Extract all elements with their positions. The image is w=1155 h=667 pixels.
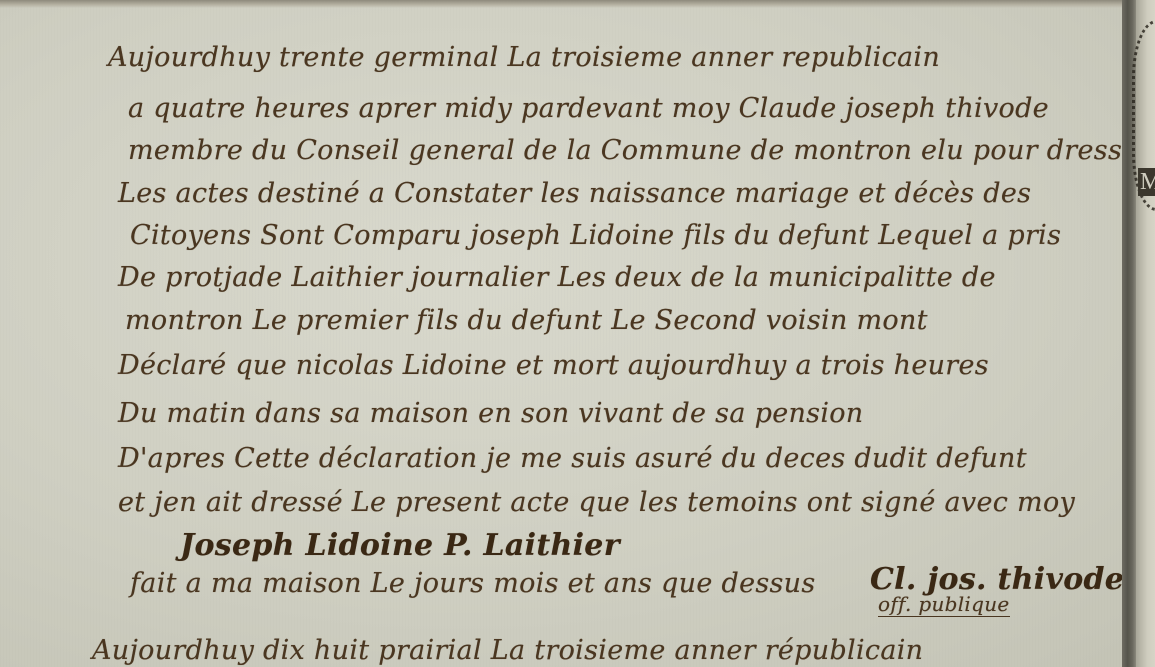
record-line-5: Citoyens Sont Comparu joseph Lidoine fil… xyxy=(130,220,1061,251)
record-line-9: Du matin dans sa maison en son vivant de… xyxy=(118,398,864,429)
officer-title: off. publique xyxy=(878,592,1010,617)
record-line-6: De protjade Laithier journalier Les deux… xyxy=(118,262,996,293)
record-line-10: D'apres Cette déclaration je me suis asu… xyxy=(118,443,1027,474)
record-line-1: Aujourdhuy trente germinal La troisieme … xyxy=(108,42,940,73)
record-line-4: Les actes destiné a Constater les naissa… xyxy=(118,178,1031,209)
page-top-edge xyxy=(0,0,1125,8)
record-line-7: montron Le premier fils du defunt Le Sec… xyxy=(125,305,928,336)
closing-formula: fait a ma maison Le jours mois et ans qu… xyxy=(130,568,816,599)
stamp-letter: M xyxy=(1138,168,1155,196)
register-page: Aujourdhuy trente germinal La troisieme … xyxy=(0,0,1155,667)
record-line-2: a quatre heures aprer midy pardevant moy… xyxy=(128,93,1049,124)
next-entry-start: Aujourdhuy dix huit prairial La troisiem… xyxy=(92,635,923,666)
record-line-11: et jen ait dressé Le present acte que le… xyxy=(118,487,1075,518)
record-line-8: Déclaré que nicolas Lidoine et mort aujo… xyxy=(118,350,989,381)
record-line-3: membre du Conseil general de la Commune … xyxy=(128,135,1152,166)
witness-signatures: Joseph Lidoine P. Laithier xyxy=(180,528,620,563)
